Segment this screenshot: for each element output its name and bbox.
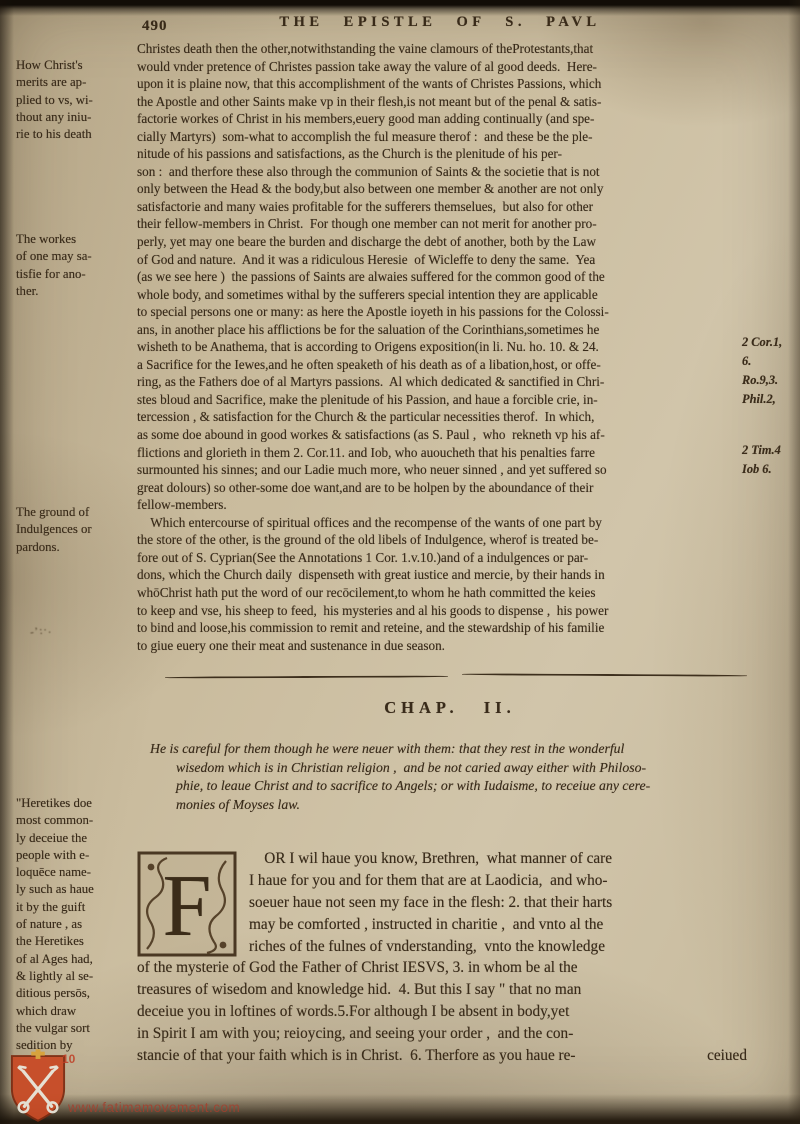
page-edge-left (0, 0, 14, 1124)
catchword: ceiued (137, 1047, 747, 1065)
page-number: 490 (142, 18, 168, 35)
section-divider-left (165, 675, 448, 678)
drop-cap-ornament-icon: F (137, 851, 237, 957)
drop-cap-woodcut: F (137, 851, 237, 957)
margin-note-christs-merits: How Christ's merits are ap- plied to vs,… (16, 57, 134, 143)
page-edge-right (788, 0, 800, 1124)
section-divider-right (462, 673, 747, 676)
citation-group-timothy-iob: 2 Tim.4 Iob 6. (742, 441, 798, 479)
ink-smudge: -ʼ:·. (29, 624, 52, 639)
margin-note-heretikes-deceiue: "Heretikes doe most common- ly deceiue t… (16, 795, 134, 1054)
annotation-paragraph: Christes death then the other,notwithsta… (137, 40, 749, 654)
watermark-number: 10 (62, 1052, 75, 1066)
scanned-book-page: 490 THE EPISTLE OF S. PAVL How Christ's … (0, 0, 800, 1124)
citation-group-corinthians: 2 Cor.1, 6. Ro.9,3. Phil.2, (742, 333, 798, 409)
drop-cap-letter: F (163, 858, 212, 955)
crossed-keys-shield-icon (9, 1048, 67, 1124)
running-title: THE EPISTLE OF S. PAVL (170, 14, 710, 31)
watermark-url: www.fatimamovement.com (68, 1100, 240, 1115)
chapter-heading: CHAP. II. (150, 698, 750, 718)
margin-note-ground-of-indulgences: The ground of Indulgences or pardons. (16, 504, 134, 556)
margin-note-workes-satisfie: The workes of one may sa- tisfie for ano… (16, 231, 134, 300)
chapter-summary: He is careful for them though he were ne… (150, 740, 750, 814)
